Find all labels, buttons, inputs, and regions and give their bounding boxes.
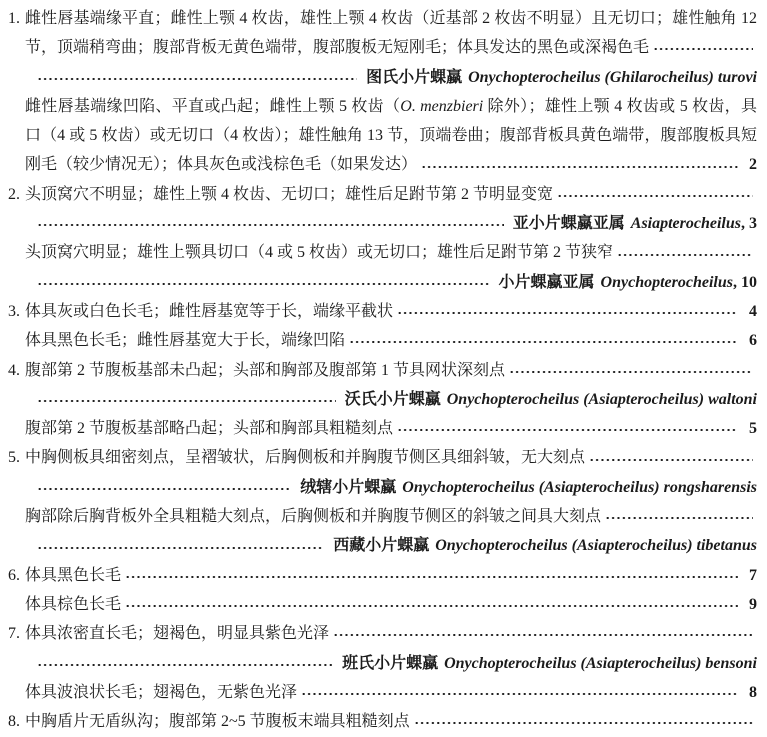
couplet-ref: 2: [749, 150, 757, 179]
subgenus-name-latin: Asiapterocheilus: [631, 209, 741, 238]
key-result-tibetanus: 西藏小片蜾蠃 Onychopterocheilus (Asiapterochei…: [8, 531, 757, 560]
key-result-asiapterocheilus: 亚小片蜾蠃亚属 Asiapterocheilus , 3: [8, 209, 757, 238]
dot-leader: [557, 180, 753, 209]
couplet-ref: 8: [749, 678, 757, 707]
couplet-number: 8.: [8, 707, 20, 736]
key-text: 体具灰或白色长毛；雌性唇基宽等于长，端缘平截状: [25, 297, 393, 326]
key-result-waltoni: 沃氏小片蜾蠃 Onychopterocheilus (Asiapterochei…: [8, 385, 757, 414]
key-line-couplet-1b-cont: 口（4 或 5 枚齿）或无切口（4 枚齿）；雄性触角 13 节，顶端卷曲；腹部背…: [8, 121, 757, 150]
dot-leader: [349, 326, 738, 355]
key-text: 体具浓密直长毛；翅褐色，明显具紫色光泽: [25, 619, 329, 648]
key-line-couplet-2a: 2. 头顶窝穴不明显；雄性上颚 4 枚齿、无切口；雄性后足跗节第 2 节明显变宽: [8, 180, 757, 209]
key-line-couplet-5b: 胸部除后胸背板外全具粗糙大刻点，后胸侧板和并胸腹节侧区的斜皱之间具大刻点: [8, 502, 757, 531]
key-text: 体具棕色长毛: [25, 590, 121, 619]
key-text: 体具黑色长毛: [25, 561, 121, 590]
key-line-couplet-4a: 4. 腹部第 2 节腹板基部未凸起；头部和胸部及腹部第 1 节具网状深刻点: [8, 356, 757, 385]
species-name-latin: Onychopterocheilus (Asiapterocheilus) be…: [444, 649, 757, 678]
subgenus-name-cn: 亚小片蜾蠃亚属: [513, 209, 625, 238]
key-text: 体具黑色长毛；雌性唇基宽大于长，端缘凹陷: [25, 326, 345, 355]
dot-leader: [125, 561, 738, 590]
subgenus-name-cn: 小片蜾蠃亚属: [499, 268, 595, 297]
dot-leader: [397, 414, 738, 443]
dot-leader: [37, 473, 291, 502]
species-name-latin: Onychopterocheilus (Asiapterocheilus) ti…: [435, 531, 757, 560]
dot-leader: [333, 619, 753, 648]
key-line-couplet-6a: 6. 体具黑色长毛 7: [8, 561, 757, 590]
key-line-couplet-2b: 头顶窝穴明显；雄性上颚具切口（4 或 5 枚齿）或无切口；雄性后足跗节第 2 节…: [8, 238, 757, 267]
key-text: 头顶窝穴明显；雄性上颚具切口（4 或 5 枚齿）或无切口；雄性后足跗节第 2 节…: [25, 238, 613, 267]
dot-leader: [37, 385, 336, 414]
key-text: 胸部除后胸背板外全具粗糙大刻点，后胸侧板和并胸腹节侧区的斜皱之间具大刻点: [25, 502, 601, 531]
dot-leader: [37, 63, 357, 92]
key-result-rongsharensis: 绒辖小片蜾蠃 Onychopterocheilus (Asiapterochei…: [8, 473, 757, 502]
couplet-ref: 4: [749, 297, 757, 326]
dot-leader: [125, 590, 738, 619]
couplet-ref: 5: [749, 414, 757, 443]
dot-leader: [421, 150, 738, 179]
species-name-latin: Onychopterocheilus (Asiapterocheilus) ro…: [402, 473, 757, 502]
dot-leader: [37, 268, 490, 297]
dot-leader: [397, 297, 738, 326]
key-text: 中胸盾片无盾纵沟；腹部第 2~5 节腹板末端具粗糙刻点: [25, 707, 410, 736]
couplet-ref: 6: [749, 326, 757, 355]
species-name-cn: 绒辖小片蜾蠃: [300, 473, 396, 502]
key-text: 节，顶端稍弯曲；腹部背板无黄色端带，腹部腹板无短刚毛；体具发达的黑色或深褐色毛: [25, 33, 649, 62]
key-result-onychopterocheilus: 小片蜾蠃亚属 Onychopterocheilus , 10: [8, 268, 757, 297]
key-text: 中胸侧板具细密刻点，呈褶皱状，后胸侧板和并胸腹节侧区具细斜皱，无大刻点: [25, 443, 585, 472]
key-line-couplet-1a-cont: 节，顶端稍弯曲；腹部背板无黄色端带，腹部腹板无短刚毛；体具发达的黑色或深褐色毛: [8, 33, 757, 62]
subgenus-name-latin: Onychopterocheilus: [601, 268, 733, 297]
key-line-couplet-4b: 腹部第 2 节腹板基部略凸起；头部和胸部具粗糙刻点 5: [8, 414, 757, 443]
species-name-latin: Onychopterocheilus (Ghilarocheilus) turo…: [468, 63, 757, 92]
species-name-cn: 西藏小片蜾蠃: [333, 531, 429, 560]
dot-leader: [37, 531, 324, 560]
dot-leader: [605, 502, 753, 531]
key-line-couplet-5a: 5. 中胸侧板具细密刻点，呈褶皱状，后胸侧板和并胸腹节侧区具细斜皱，无大刻点: [8, 443, 757, 472]
couplet-ref: , 10: [733, 268, 757, 297]
dot-leader: [509, 356, 753, 385]
key-line-couplet-7a: 7. 体具浓密直长毛；翅褐色，明显具紫色光泽: [8, 619, 757, 648]
species-name-latin: Onychopterocheilus (Asiapterocheilus) wa…: [447, 385, 757, 414]
dot-leader: [414, 707, 753, 736]
key-line-couplet-7b: 体具波浪状长毛；翅褐色，无紫色光泽 8: [8, 678, 757, 707]
couplet-number: 1.: [8, 4, 20, 33]
key-text: 腹部第 2 节腹板基部未凸起；头部和胸部及腹部第 1 节具网状深刻点: [25, 356, 505, 385]
key-text: 刚毛（较少情况无）；体具灰色或浅棕色毛（如果发达）: [25, 150, 417, 179]
couplet-number: 3.: [8, 297, 20, 326]
dot-leader: [37, 649, 333, 678]
couplet-number: 5.: [8, 443, 20, 472]
key-text: 体具波浪状长毛；翅褐色，无紫色光泽: [25, 678, 297, 707]
key-text: 头顶窝穴不明显；雄性上颚 4 枚齿、无切口；雄性后足跗节第 2 节明显变宽: [25, 180, 553, 209]
key-text: 口（4 或 5 枚齿）或无切口（4 枚齿）；雄性触角 13 节，顶端卷曲；腹部背…: [25, 127, 757, 144]
couplet-number: 4.: [8, 356, 20, 385]
dot-leader: [617, 238, 753, 267]
couplet-ref: 7: [749, 561, 757, 590]
couplet-number: 6.: [8, 561, 20, 590]
key-line-couplet-8a: 8. 中胸盾片无盾纵沟；腹部第 2~5 节腹板末端具粗糙刻点: [8, 707, 757, 736]
key-text: 雌性唇基端缘平直；雌性上颚 4 枚齿，雄性上颚 4 枚齿（近基部 2 枚齿不明显…: [25, 10, 757, 27]
dot-leader: [653, 33, 753, 62]
couplet-ref: 9: [749, 590, 757, 619]
key-line-couplet-1b-end: 刚毛（较少情况无）；体具灰色或浅棕色毛（如果发达） 2: [8, 150, 757, 179]
key-line-couplet-6b: 体具棕色长毛 9: [8, 590, 757, 619]
species-name-cn: 班氏小片蜾蠃: [342, 649, 438, 678]
dot-leader: [301, 678, 738, 707]
key-result-turovi: 图氏小片蜾蠃 Onychopterocheilus (Ghilarocheilu…: [8, 63, 757, 92]
key-line-couplet-1a: 1.雌性唇基端缘平直；雌性上颚 4 枚齿，雄性上颚 4 枚齿（近基部 2 枚齿不…: [8, 4, 757, 33]
key-line-couplet-1b: 雌性唇基端缘凹陷、平直或凸起；雌性上颚 5 枚齿（O. menzbieri 除外…: [8, 92, 757, 121]
latin-abbrev: O. menzbieri: [400, 98, 483, 115]
key-text: 雌性唇基端缘凹陷、平直或凸起；雌性上颚 5 枚齿（: [25, 98, 400, 115]
species-name-cn: 沃氏小片蜾蠃: [345, 385, 441, 414]
key-text: 腹部第 2 节腹板基部略凸起；头部和胸部具粗糙刻点: [25, 414, 393, 443]
key-result-bensoni: 班氏小片蜾蠃 Onychopterocheilus (Asiapterochei…: [8, 649, 757, 678]
dot-leader: [37, 209, 504, 238]
couplet-number: 2.: [8, 180, 20, 209]
key-line-couplet-3a: 3. 体具灰或白色长毛；雌性唇基宽等于长，端缘平截状 4: [8, 297, 757, 326]
dot-leader: [589, 443, 753, 472]
couplet-ref: , 3: [741, 209, 757, 238]
couplet-number: 7.: [8, 619, 20, 648]
species-name-cn: 图氏小片蜾蠃: [366, 63, 462, 92]
key-line-couplet-3b: 体具黑色长毛；雌性唇基宽大于长，端缘凹陷 6: [8, 326, 757, 355]
taxonomic-key-page: 1.雌性唇基端缘平直；雌性上颚 4 枚齿，雄性上颚 4 枚齿（近基部 2 枚齿不…: [0, 0, 767, 737]
